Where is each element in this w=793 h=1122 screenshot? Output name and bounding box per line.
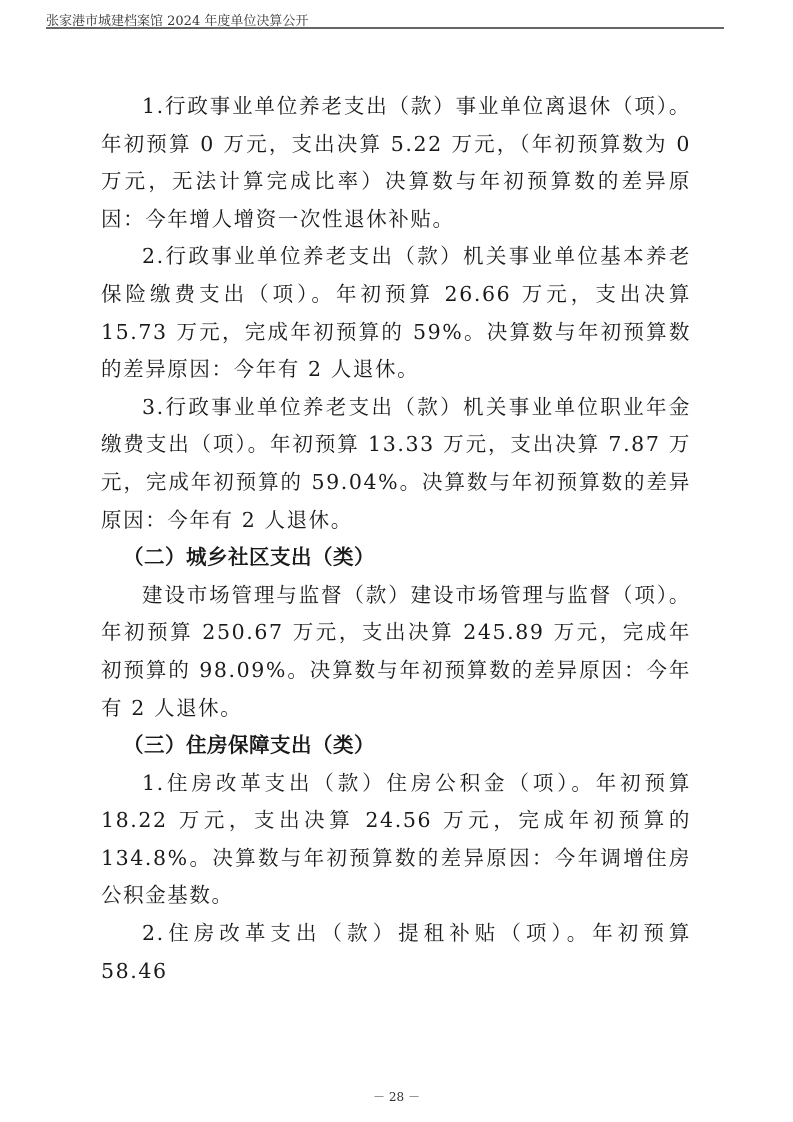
paragraph-housing-fund: 1.住房改革支出（款）住房公积金（项）。年初预算 18.22 万元，支出决算 2…	[101, 765, 691, 915]
paragraph-pension-retirement: 1.行政事业单位养老支出（款）事业单位离退休（项）。年初预算 0 万元，支出决算…	[101, 88, 691, 238]
section-heading-urban-rural: （二）城乡社区支出（类）	[101, 539, 691, 577]
section-heading-housing: （三）住房保障支出（类）	[101, 727, 691, 765]
paragraph-rent-subsidy: 2.住房改革支出（款）提租补贴（项）。年初预算 58.46	[101, 915, 691, 990]
page-number: － 28 －	[0, 1088, 793, 1105]
paragraph-pension-basic-insurance: 2.行政事业单位养老支出（款）机关事业单位基本养老保险缴费支出（项）。年初预算 …	[101, 238, 691, 388]
document-body: 1.行政事业单位养老支出（款）事业单位离退休（项）。年初预算 0 万元，支出决算…	[101, 88, 691, 990]
paragraph-construction-market: 建设市场管理与监督（款）建设市场管理与监督（项）。年初预算 250.67 万元，…	[101, 577, 691, 727]
header-divider	[46, 27, 724, 29]
paragraph-pension-occupational-annuity: 3.行政事业单位养老支出（款）机关事业单位职业年金缴费支出（项）。年初预算 13…	[101, 389, 691, 539]
